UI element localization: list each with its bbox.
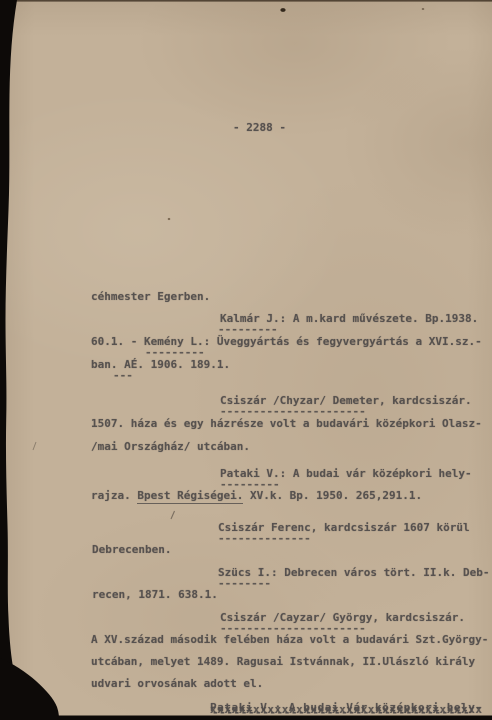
text-line: 1507. háza és egy házrésze volt a budavá… [91,417,482,430]
text-line: utcában, melyet 1489. Ragusai Istvánnak,… [91,655,475,668]
text-line: A XV.század második felében háza volt a … [91,633,488,646]
text-line: udvari orvosának adott el. [91,677,263,690]
scanned-document-page: - 2288 - céhmester Egerben. Kalmár J.: A… [0,0,492,720]
ink-speck [168,218,171,220]
typed-underline-dashes: --- [113,369,133,382]
text-segment: XV.k. Bp. 1950. 265,291.1. [243,489,422,502]
page-number: - 2288 - [233,121,286,134]
typed-underline-dashes: ------------------------------------ [212,706,470,719]
text-segment: rajza. [91,489,137,502]
text-line: rajza. Bpest Régiségei. XV.k. Bp. 1950. … [91,489,422,502]
scan-bottom-left-blob [0,658,59,720]
stray-pencil-mark [171,511,175,519]
scan-left-edge [0,0,17,705]
text-line: /mai Országház/ utcában. [91,440,250,453]
text-line: Debrecenben. [92,543,171,556]
text-line: ban. AÉ. 1906. 189.1. [91,358,230,371]
ink-speck [280,8,285,12]
text-line: céhmester Egerben. [91,290,210,303]
text-line: recen, 1871. 638.1. [92,588,218,601]
stray-pencil-mark [33,442,36,450]
ink-speck [422,8,425,10]
typed-underline-dashes: -------- [218,577,271,590]
scan-top-edge-line [0,0,492,2]
typed-underline-dashes: -------------- [218,532,311,545]
underlined-title: Bpest Régiségei. [137,489,243,504]
